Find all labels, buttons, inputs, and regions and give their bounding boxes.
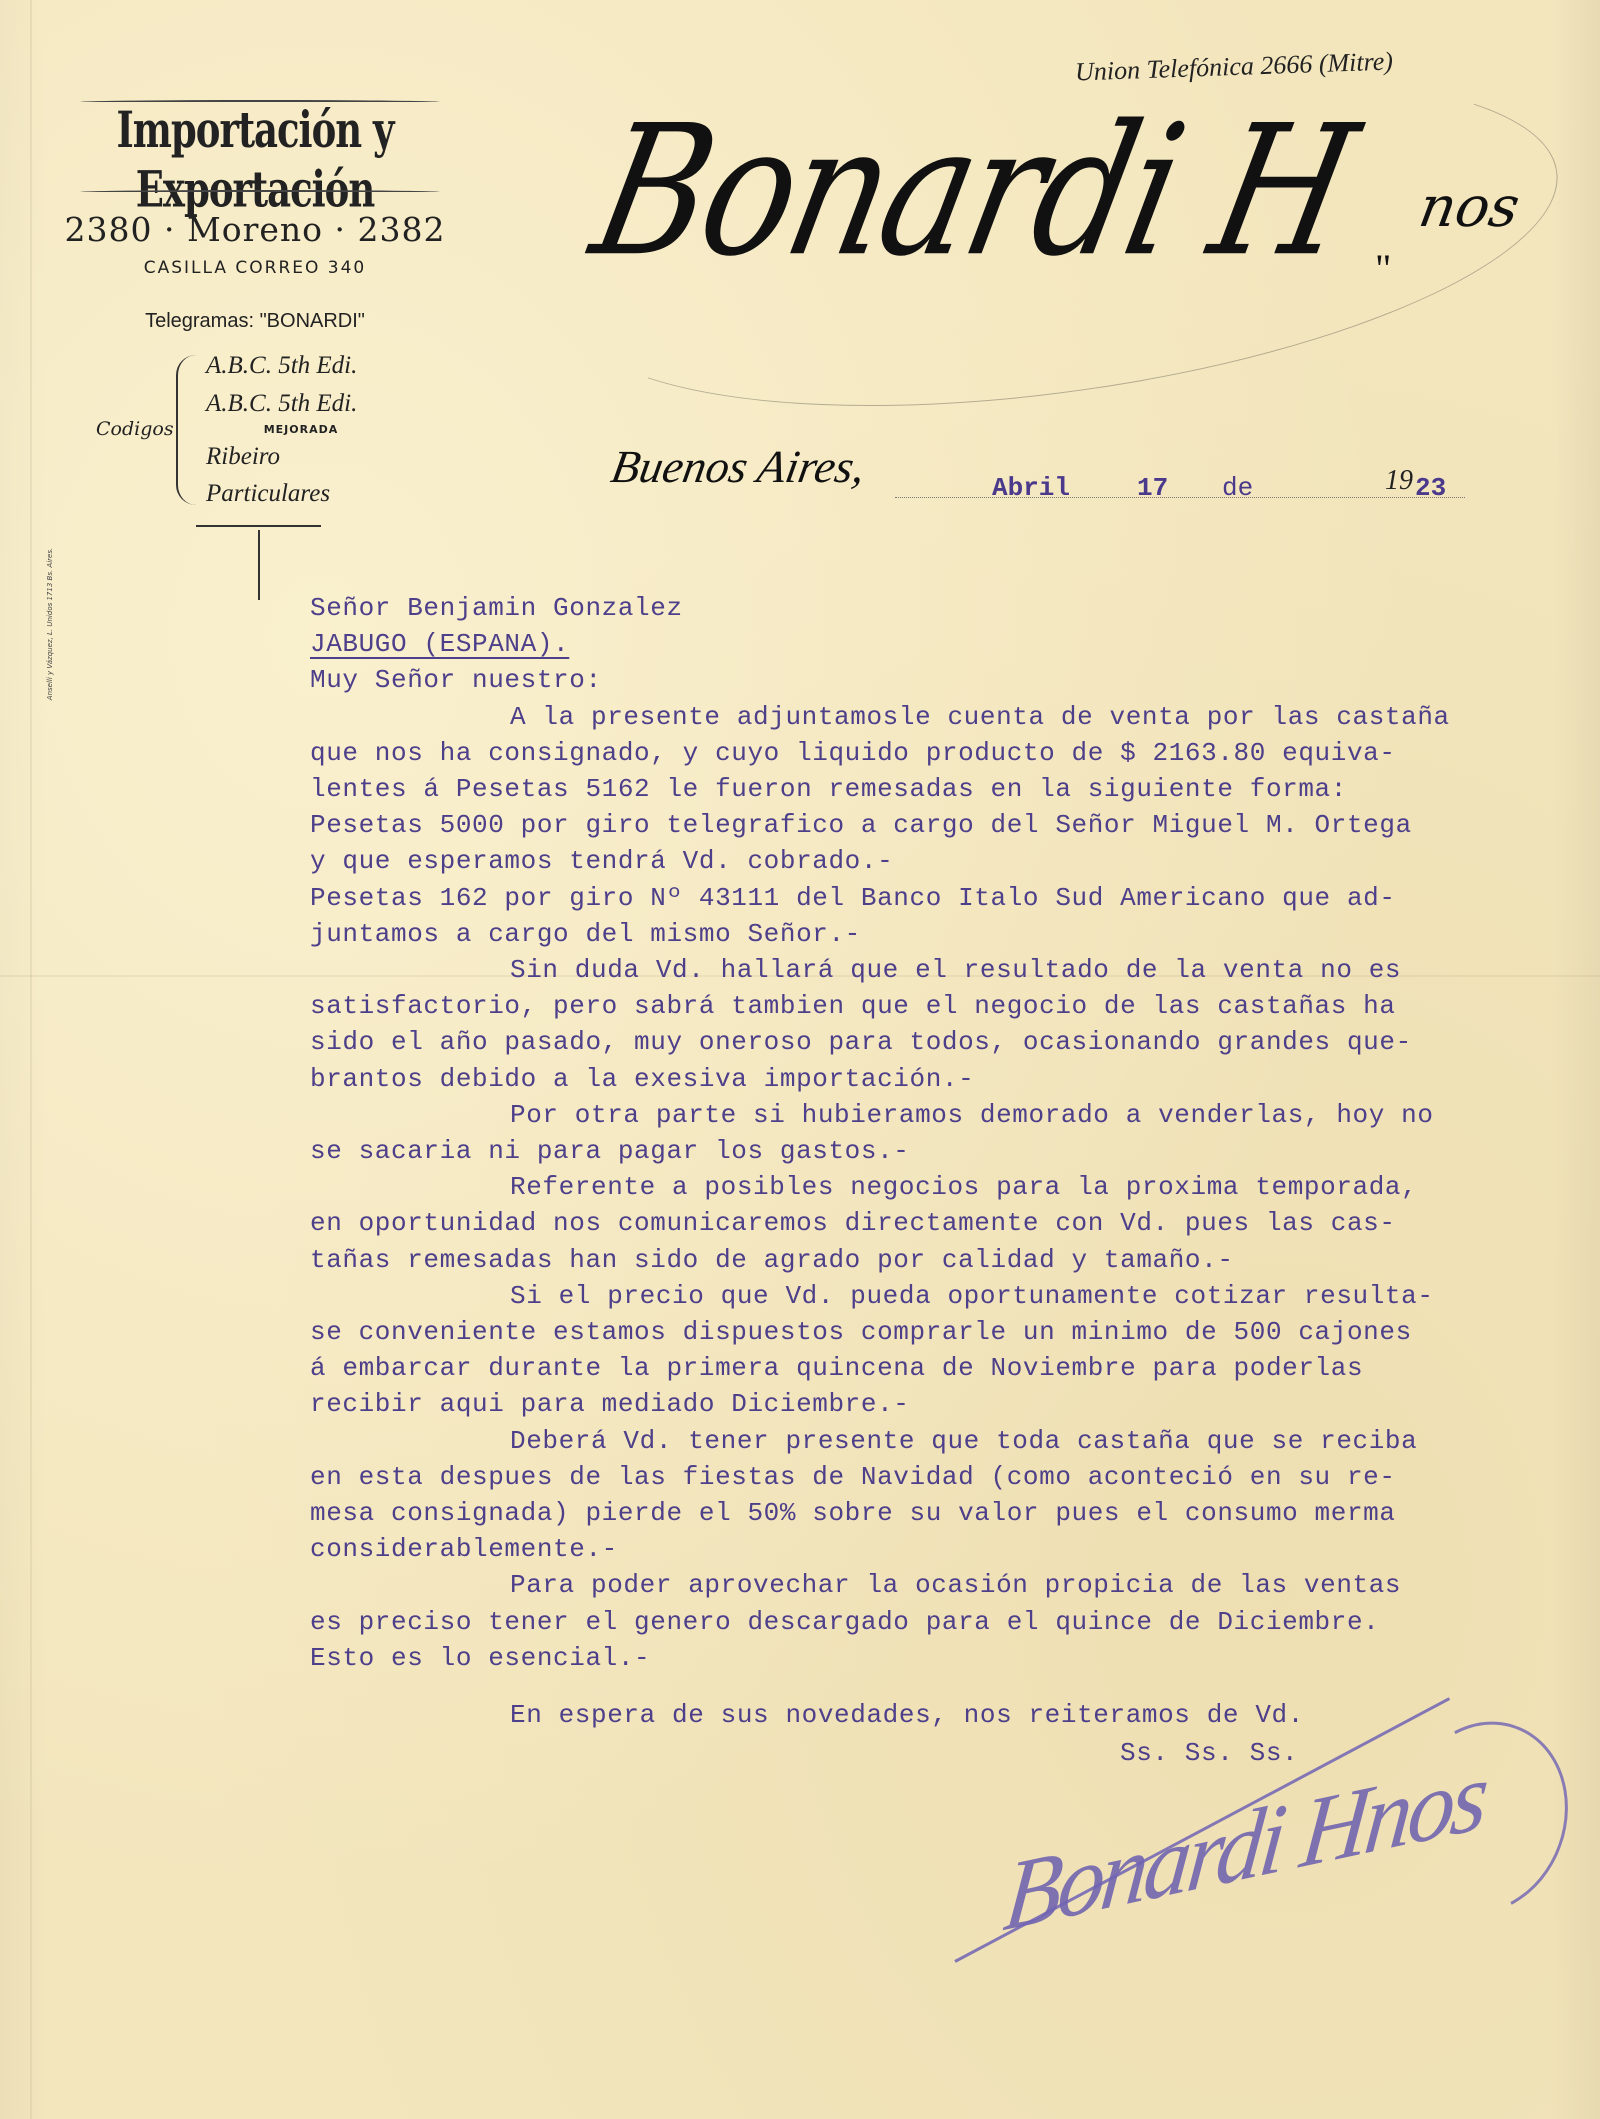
code-entry: Ribeiro [206,443,280,471]
date-city: Buenos Aires, [607,440,869,493]
body-line: tañas remesadas han sido de agrado por c… [310,1242,1600,1278]
letter-body: Señor Benjamin Gonzalez JABUGO (ESPANA).… [310,590,1600,1676]
body-line: brantos debido a la exesiva importación.… [310,1061,1600,1097]
date-day: 17 [1137,473,1168,503]
letterhead-po-box: CASILLA CORREO 340 [30,258,480,278]
body-line: lentes á Pesetas 5162 le fueron remesada… [310,771,1600,807]
ornament-divider-icon [196,525,321,527]
body-line: recibir aqui para mediado Diciembre.- [310,1386,1600,1422]
body-line: Esto es lo esencial.- [310,1640,1600,1676]
body-line: es preciso tener el genero descargado pa… [310,1604,1600,1640]
body-line: Referente a posibles negocios para la pr… [310,1169,1600,1205]
company-name: Bonardi H [578,88,1367,297]
date-year-typed: 23 [1415,473,1446,503]
company-name-quote: " [1375,245,1391,292]
letterhead-address: 2380 · Moreno · 2382 [30,210,480,249]
date-de: de [1222,473,1253,503]
company-name-suffix: nos [1414,175,1524,240]
body-line: Si el precio que Vd. pueda oportunamente… [310,1278,1600,1314]
ornament-flourish-bottom [80,190,440,194]
body-line: á embarcar durante la primera quincena d… [310,1350,1600,1386]
body-line: en oportunidad nos comunicaremos directa… [310,1205,1600,1241]
body-line: se sacaria ni para pagar los gastos.- [310,1133,1600,1169]
body-line: y que esperamos tendrá Vd. cobrado.- [310,843,1600,879]
body-line: satisfactorio, pero sabrá tambien que el… [310,988,1600,1024]
code-note: MEJORADA [206,423,396,436]
date-month: Abril [992,473,1070,503]
date-year-printed: 19 [1385,465,1413,497]
body-line: Deberá Vd. tener presente que toda casta… [310,1423,1600,1459]
body-line: se conveniente estamos dispuestos compra… [310,1314,1600,1350]
body-line: juntamos a cargo del mismo Señor.- [310,916,1600,952]
letterhead-telegram: Telegramas: "BONARDI" [30,310,480,333]
body-line: Pesetas 162 por giro Nº 43111 del Banco … [310,880,1600,916]
printer-imprint: Anselli y Vázquez, L. Unidos 1713 Bs. Ai… [46,514,54,734]
body-line: sido el año pasado, muy oneroso para tod… [310,1024,1600,1060]
brace-icon [176,355,196,505]
letterhead-business-type: Importación y Exportación [30,100,480,219]
body-line: Pesetas 5000 por giro telegrafico a carg… [310,807,1600,843]
body-line: Por otra parte si hubieramos demorado a … [310,1097,1600,1133]
body-line: en esta despues de las fiestas de Navida… [310,1459,1600,1495]
body-line: que nos ha consignado, y cuyo liquido pr… [310,735,1600,771]
codes-label: Codigos [96,418,174,440]
code-entry: Particulares [206,480,330,508]
code-entry: A.B.C. 5th Edi. [206,390,357,418]
code-entry: A.B.C. 5th Edi. [206,352,357,380]
body-line: A la presente adjuntamosle cuenta de ven… [310,699,1600,735]
recipient-location: JABUGO (ESPANA). [310,626,1600,662]
ornament-stem-icon [258,530,260,600]
body-line: Sin duda Vd. hallará que el resultado de… [310,952,1600,988]
greeting: Muy Señor nuestro: [310,662,1600,698]
body-line: mesa consignada) pierde el 50% sobre su … [310,1495,1600,1531]
recipient-name: Señor Benjamin Gonzalez [310,590,1600,626]
body-line: Para poder aprovechar la ocasión propici… [310,1567,1600,1603]
date-dotted-line [895,497,1465,498]
body-line: considerablemente.- [310,1531,1600,1567]
